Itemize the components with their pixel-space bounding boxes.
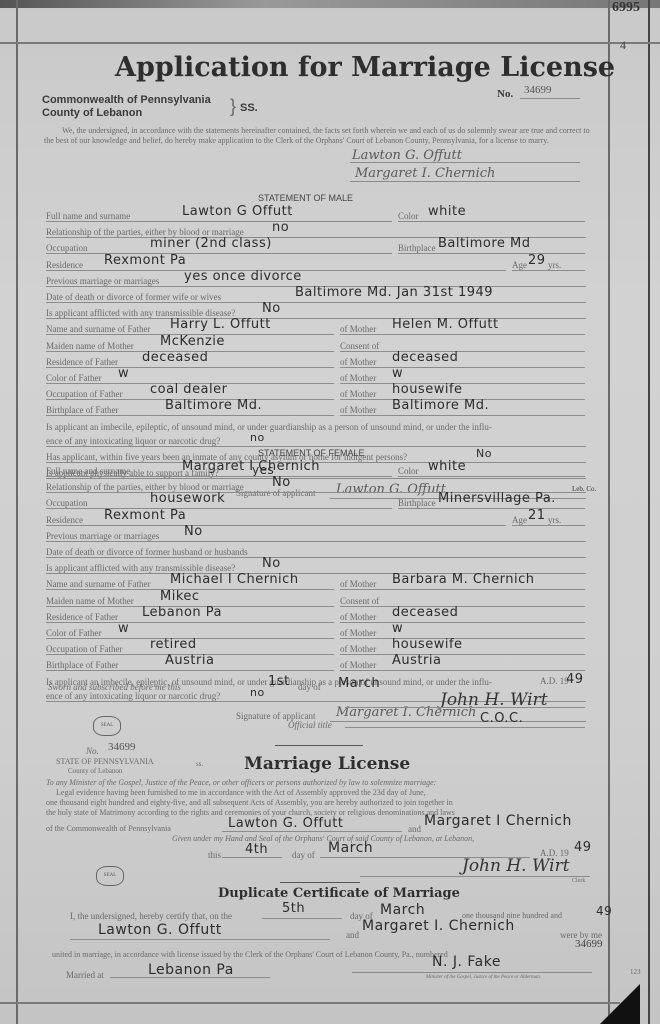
female-value-birthplace: Minersvillage Pa. (438, 491, 556, 506)
number-label: No. (497, 88, 513, 100)
female-value-full-name: Margaret I Chernich (182, 459, 320, 474)
male-value-father-birth: Baltimore Md. (165, 398, 262, 413)
certificate-month: March (380, 902, 425, 918)
form-line (512, 270, 585, 271)
married-at: Lebanon Pa (148, 962, 234, 978)
female-value-mother-birth: Austria (392, 653, 441, 668)
male-label-full-name: Full name and surname (46, 211, 130, 221)
left-margin-line (16, 0, 18, 1024)
female-birthplace-note: Leb. Co. (572, 485, 596, 493)
form-line (46, 670, 334, 671)
male-label-consent: Consent of (340, 341, 379, 351)
form-line (512, 525, 585, 526)
female-label-father-birth: Birthplace of Father (46, 660, 118, 670)
form-line (330, 721, 586, 722)
top-edge (0, 0, 660, 8)
female-label-occupation: Occupation (46, 498, 87, 508)
sworn-month: March (338, 676, 380, 691)
header-signature-bride: Margaret I. Chernich (355, 166, 495, 181)
male-label-yrs: yrs. (548, 260, 561, 270)
female-value-father-birth: Austria (165, 653, 214, 668)
male-value-age: 29 (528, 253, 546, 268)
female-label-mother-res: of Mother (340, 612, 376, 622)
male-value-mother-res: deceased (392, 350, 458, 365)
female-heading: STATEMENT OF FEMALE (258, 448, 365, 458)
license-seal-stamp: SEAL (96, 866, 124, 886)
number-value: 34699 (524, 84, 552, 96)
form-line (46, 318, 586, 319)
form-line (46, 541, 586, 542)
female-value-relationship: No (272, 475, 291, 490)
female-value-mother-color: w (392, 621, 403, 636)
female-value-mother-occ: housewife (392, 637, 463, 652)
female-label-imbecile-2: ence of any intoxicating liquor or narco… (46, 691, 220, 701)
sworn-day-of: day of (298, 682, 321, 692)
form-line (46, 415, 334, 416)
male-value-signature: Lawton G. Offutt (336, 482, 446, 497)
license-day: 4th (245, 842, 268, 857)
female-value-father-occ: retired (150, 637, 197, 652)
license-address: To any Minister of the Gospel, Justice o… (46, 778, 436, 787)
ss-label: SS. (240, 102, 258, 114)
license-year: 49 (574, 840, 592, 855)
female-label-maiden: Maiden name of Mother (46, 596, 134, 606)
male-value-inmate: No (476, 447, 492, 460)
license-clerk-signature: John H. Wirt (462, 856, 570, 876)
male-value-color: white (428, 204, 466, 219)
sworn-day: 1st (268, 674, 290, 689)
married-at-label: Married at (66, 970, 104, 980)
female-value-mother-res: deceased (392, 605, 458, 620)
form-line (340, 334, 585, 335)
male-label-father-color: Color of Father (46, 373, 102, 383)
male-value-mother-name: Helen M. Offutt (392, 317, 499, 332)
male-label-age: Age (512, 260, 527, 270)
female-value-residence: Rexmont Pa (104, 508, 186, 523)
male-value-birthplace: Baltimore Md (438, 236, 530, 251)
certificate-and: and (346, 930, 359, 940)
male-label-imbecile-1: Is applicant an imbecile, epileptic, of … (46, 422, 492, 432)
male-value-father-name: Harry L. Offutt (170, 317, 271, 332)
form-line (46, 476, 392, 477)
license-month: March (328, 840, 373, 856)
male-heading: STATEMENT OF MALE (258, 193, 353, 203)
certificate-title: Duplicate Certificate of Marriage (218, 886, 460, 901)
form-line (340, 367, 585, 368)
license-ss: ss. (196, 760, 203, 768)
male-label-father-res: Residence of Father (46, 357, 118, 367)
male-label-mother-res: of Mother (340, 357, 376, 367)
license-body-1: Legal evidence having been furnished to … (56, 788, 426, 797)
top-rule (0, 42, 660, 44)
officiant-signature: N. J. Fake (432, 954, 501, 970)
female-value-maiden: Mikec (160, 589, 200, 604)
male-value-father-color: w (118, 366, 129, 381)
male-label-father-name: Name and surname of Father (46, 324, 150, 334)
female-value-father-color: w (118, 621, 129, 636)
female-label-previous: Previous marriage or marriages (46, 531, 159, 541)
female-label-father-occ: Occupation of Father (46, 644, 122, 654)
male-label-mother-birth: of Mother (340, 405, 376, 415)
license-day-of: day of (292, 850, 315, 860)
form-line (340, 622, 585, 623)
male-label-father-birth: Birthplace of Father (46, 405, 118, 415)
form-line (398, 508, 585, 509)
form-line (46, 478, 586, 479)
male-value-mother-birth: Baltimore Md. (392, 398, 489, 413)
male-value-mother-color: w (392, 366, 403, 381)
clerk-label: Clerk (572, 878, 585, 884)
male-label-mother-occ: of Mother (340, 389, 376, 399)
male-label-occupation: Occupation (46, 243, 87, 253)
female-value-color: white (428, 459, 466, 474)
female-value-mother-name: Barbara M. Chernich (392, 572, 535, 587)
form-line (46, 221, 392, 222)
certificate-bride: Margaret I. Chernich (362, 918, 515, 934)
female-label-mother-color: of Mother (340, 628, 376, 638)
form-line (340, 654, 585, 655)
seal-stamp: SEAL (93, 716, 121, 736)
female-value-father-name: Michael I Chernich (170, 572, 299, 587)
certificate-line1: I, the undersigned, hereby certify that,… (70, 911, 232, 921)
male-label-previous: Previous marriage or marriages (46, 276, 159, 286)
form-line (46, 253, 392, 254)
female-label-father-color: Color of Father (46, 628, 102, 638)
form-line (46, 367, 334, 368)
form-line (398, 476, 585, 477)
sworn-label: Sworn and subscribed before me this (48, 682, 181, 692)
form-line (398, 253, 585, 254)
male-value-maiden: McKenzie (160, 334, 225, 349)
female-label-residence: Residence (46, 515, 83, 525)
female-label-father-res: Residence of Father (46, 612, 118, 622)
license-title: Marriage License (244, 754, 410, 774)
male-value-father-occ: coal dealer (150, 382, 227, 397)
license-body-4: of the Commonwealth of Pennsylvania (46, 824, 171, 833)
form-line (340, 670, 585, 671)
right-margin-line (608, 0, 610, 1024)
form-line (46, 557, 586, 558)
form-line (340, 415, 585, 416)
male-value-occupation: miner (2nd class) (150, 236, 272, 251)
female-label-mother-occ: of Mother (340, 644, 376, 654)
female-label-yrs: yrs. (548, 515, 561, 525)
page-number: 6995 (612, 0, 640, 16)
female-label-full-name: Full name and surname (46, 466, 130, 476)
male-value-relationship: no (272, 220, 289, 235)
certificate-groom: Lawton G. Offutt (98, 922, 222, 938)
form-line (340, 606, 585, 607)
form-line (46, 302, 586, 303)
page-title: Application for Marriage License (115, 52, 615, 83)
form-line (46, 446, 586, 447)
license-no-label: No. (86, 746, 99, 756)
female-label-age: Age (512, 515, 527, 525)
right-edge-line (648, 0, 650, 1024)
document-page: 6995 4 123 Application for Marriage Lice… (0, 0, 660, 1024)
female-label-birthplace: Birthplace (398, 498, 436, 508)
sworn-year: 49 (566, 672, 584, 687)
certificate-day: 5th (282, 901, 305, 916)
female-label-consent: Consent of (340, 596, 379, 606)
male-label-mother-color: of Mother (340, 373, 376, 383)
female-label-death-divorce: Date of death or divorce of former husba… (46, 547, 248, 557)
male-label-maiden: Maiden name of Mother (46, 341, 134, 351)
female-value-disease: No (262, 556, 281, 571)
male-value-imbecile: no (250, 431, 265, 444)
bottom-rule (0, 1002, 620, 1004)
male-value-disease: No (262, 301, 281, 316)
license-and: and (408, 824, 421, 834)
jurisdiction-line1: Commonwealth of Pennsylvania (42, 94, 211, 106)
license-county: County of Lebanon (68, 767, 122, 775)
male-value-residence: Rexmont Pa (104, 253, 186, 268)
certificate-year: 49 (596, 904, 612, 918)
male-label-color: Color (398, 211, 419, 221)
male-label-imbecile-2: ence of any intoxicating liquor or narco… (46, 436, 220, 446)
license-state: STATE OF PENNSYLVANIA (56, 757, 154, 766)
female-label-mother-name: of Mother (340, 579, 376, 589)
header-signature-groom: Lawton G. Offutt (352, 148, 462, 163)
female-value-previous: No (184, 524, 203, 539)
form-line (46, 622, 334, 623)
male-value-mother-occ: housewife (392, 382, 463, 397)
form-line (398, 221, 585, 222)
jurisdiction-line2: County of Lebanon (42, 107, 142, 119)
bracket: } (230, 96, 236, 117)
license-given: Given under my Hand and Seal of the Orph… (172, 834, 474, 843)
form-line (46, 525, 506, 526)
female-label-mother-birth: of Mother (340, 660, 376, 670)
male-label-birthplace: Birthplace (398, 243, 436, 253)
page-corner-shadow (600, 984, 640, 1024)
male-value-death-divorce: Baltimore Md. Jan 31st 1949 (295, 285, 493, 300)
official-title-value: C.O.C. (480, 711, 523, 726)
female-value-age: 21 (528, 508, 546, 523)
form-line (46, 508, 392, 509)
form-line (340, 351, 585, 352)
female-value-father-res: Lebanon Pa (142, 605, 222, 620)
tab-number: 4 (620, 38, 626, 53)
female-label-color: Color (398, 466, 419, 476)
certificate-line3: united in marriage, in accordance with l… (52, 950, 448, 959)
male-label-mother-name: of Mother (340, 324, 376, 334)
male-label-residence: Residence (46, 260, 83, 270)
bottom-mark: 123 (630, 968, 641, 976)
license-bride: Margaret I Chernich (424, 813, 572, 829)
male-value-full-name: Lawton G Offutt (182, 204, 293, 219)
license-no-value: 34699 (108, 741, 136, 753)
license-this: this (208, 850, 221, 860)
certificate-number: 34699 (575, 938, 603, 950)
license-body-2: one thousand eight hundred and eighty-fi… (46, 798, 453, 807)
official-title-label: Official title (288, 720, 332, 730)
male-value-previous: yes once divorce (184, 269, 302, 284)
officiant-label: Minister of the Gospel, Justice of the P… (426, 975, 541, 980)
form-line (340, 589, 585, 590)
male-value-father-res: deceased (142, 350, 208, 365)
license-groom: Lawton G. Offutt (228, 816, 343, 831)
preamble: We, the undersigned, in accordance with … (44, 126, 592, 146)
male-label-death-divorce: Date of death or divorce of former wife … (46, 292, 221, 302)
female-value-occupation: housework (150, 491, 225, 506)
female-value-imbecile: no (250, 686, 265, 699)
female-label-father-name: Name and surname of Father (46, 579, 150, 589)
sworn-ad: A.D. 19 (540, 676, 569, 686)
male-label-father-occ: Occupation of Father (46, 389, 122, 399)
